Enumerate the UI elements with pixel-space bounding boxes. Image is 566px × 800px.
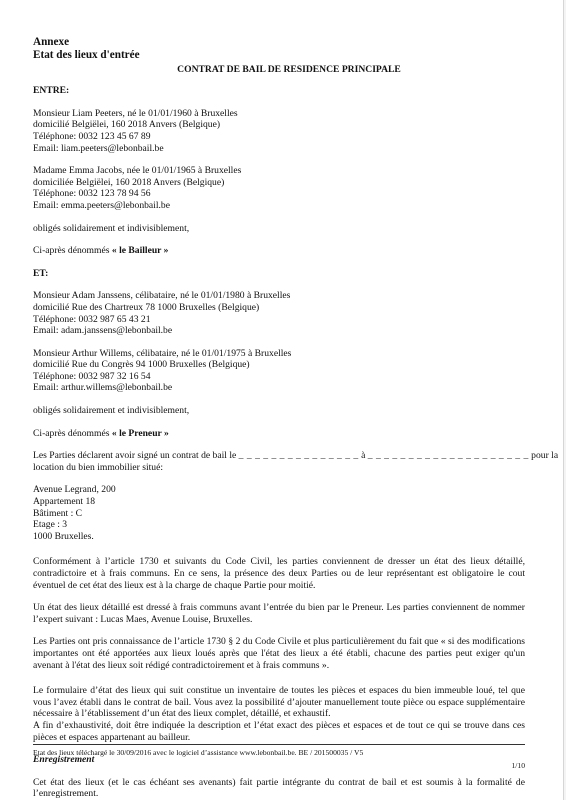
tenant-designation: Ci-après dénommés « le Preneur » [33, 428, 525, 440]
lease-declaration-line-2: location du bien immobilier situé: [33, 462, 525, 474]
declaration-text-3: pour la [529, 450, 558, 461]
address-floor: Etage : 3 [33, 519, 525, 531]
annex-label: Annexe [33, 36, 525, 49]
tenant-2-email: Email: arthur.willems@lebonbail.be [33, 382, 525, 394]
property-address: Avenue Legrand, 200 Appartement 18 Bâtim… [33, 484, 525, 542]
paragraph-inventory-form: Le formulaire d’état des lieux qui suit … [33, 685, 525, 743]
paragraph-article-1730: Conformément à l’article 1730 et suivant… [33, 556, 525, 591]
lessor-joint-clause: obligés solidairement et indivisiblement… [33, 223, 525, 235]
address-building: Bâtiment : C [33, 508, 525, 520]
document-page: Annexe Etat des lieux d'entrée CONTRAT D… [0, 0, 564, 800]
lessor-1-email: Email: liam.peeters@lebonbail.be [33, 143, 525, 155]
registration-text: Cet état des lieux (et le cas échéant se… [33, 777, 525, 800]
lease-declaration-line-1: Les Parties déclarent avoir signé un con… [33, 450, 525, 462]
lessor-1-address: domicilié Belgiëlei, 160 2018 Anvers (Be… [33, 119, 525, 131]
document-title: CONTRAT DE BAIL DE RESIDENCE PRINCIPALE [53, 64, 525, 76]
tenant-designation-prefix: Ci-après dénommés [33, 428, 112, 439]
declaration-text-1: Les Parties déclarent avoir signé un con… [33, 450, 239, 461]
and-label: ET: [33, 268, 525, 280]
lessor-2-address: domiciliée Belgiëlei, 160 2018 Anvers (B… [33, 177, 525, 189]
tenant-1-phone: Téléphone: 0032 987 65 43 21 [33, 314, 525, 326]
paragraph-modifications: Les Parties ont pris connaissance de l’a… [33, 636, 525, 671]
inventory-form-text: Le formulaire d’état des lieux qui suit … [33, 685, 525, 720]
tenant-2-identity: Monsieur Arthur Willems, célibataire, né… [33, 348, 525, 360]
inventory-exhaustivity-text: A fin d’exhaustivité, doit être indiquée… [33, 720, 525, 743]
page-number: 1/10 [33, 761, 525, 770]
page-footer: Etat des lieux téléchargé le 30/09/2016 … [33, 744, 525, 770]
footer-text: Etat des lieux téléchargé le 30/09/2016 … [33, 748, 525, 757]
address-street: Avenue Legrand, 200 [33, 484, 525, 496]
lessor-2-phone: Téléphone: 0032 123 78 94 56 [33, 188, 525, 200]
tenant-1-email: Email: adam.janssens@lebonbail.be [33, 325, 525, 337]
lessor-1-identity: Monsieur Liam Peeters, né le 01/01/1960 … [33, 108, 525, 120]
tenant-1-identity: Monsieur Adam Janssens, célibataire, né … [33, 290, 525, 302]
lessor-2: Madame Emma Jacobs, née le 01/01/1965 à … [33, 165, 525, 211]
tenant-2-address: domicilié Rue du Congrès 94 1000 Bruxell… [33, 359, 525, 371]
between-label: ENTRE: [33, 85, 525, 97]
tenant-joint-clause: obligés solidairement et indivisiblement… [33, 405, 525, 417]
tenant-1: Monsieur Adam Janssens, célibataire, né … [33, 290, 525, 336]
paragraph-expert: Un état des lieux détaillé est dressé à … [33, 602, 525, 625]
address-city: 1000 Bruxelles. [33, 531, 525, 543]
declaration-text-2: à [359, 450, 368, 461]
address-apartment: Appartement 18 [33, 496, 525, 508]
lessor-1: Monsieur Liam Peeters, né le 01/01/1960 … [33, 108, 525, 154]
document-body: Annexe Etat des lieux d'entrée CONTRAT D… [33, 36, 525, 800]
lessor-designation: Ci-après dénommés « le Bailleur » [33, 245, 525, 257]
tenant-designation-name: « le Preneur » [112, 428, 169, 439]
lessor-2-email: Email: emma.peeters@lebonbail.be [33, 200, 525, 212]
lease-declaration: Les Parties déclarent avoir signé un con… [33, 450, 525, 473]
document-subtitle: Etat des lieux d'entrée [33, 49, 525, 62]
lessor-designation-prefix: Ci-après dénommés [33, 245, 112, 256]
signing-place-blank: _ _ _ _ _ _ _ _ _ _ _ _ _ _ _ _ _ _ _ _ [368, 450, 529, 461]
footer-divider [33, 744, 525, 745]
lessor-1-phone: Téléphone: 0032 123 45 67 89 [33, 131, 525, 143]
tenant-2: Monsieur Arthur Willems, célibataire, né… [33, 348, 525, 394]
lessor-2-identity: Madame Emma Jacobs, née le 01/01/1965 à … [33, 165, 525, 177]
signing-date-blank: _ _ _ _ _ _ _ _ _ _ _ _ _ _ _ [239, 450, 359, 461]
lessor-designation-name: « le Bailleur » [112, 245, 169, 256]
tenant-1-address: domicilié Rue des Chartreux 78 1000 Brux… [33, 302, 525, 314]
tenant-2-phone: Téléphone: 0032 987 32 16 54 [33, 371, 525, 383]
